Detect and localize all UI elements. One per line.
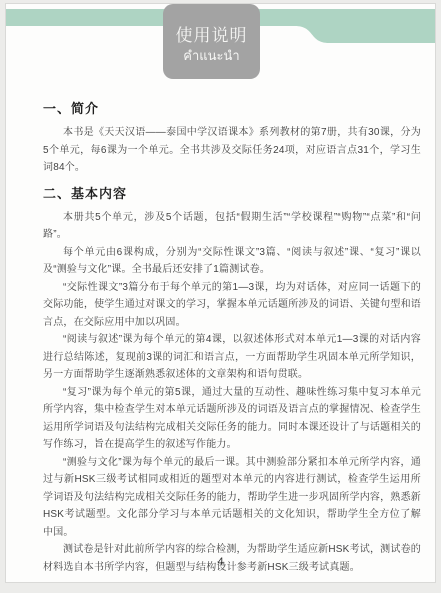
page-body-text: 一、简介 本书是《天天汉语——泰国中学汉语课本》系列教材的第7册，共有30课，分…	[6, 4, 436, 576]
screenshot-root: { "header": { "title_zh": "使用说明", "title…	[0, 0, 441, 593]
section-2-paragraph: “阅读与叙述”课为每个单元的第4课，以叙述体形式对本单元1—3课的对话内容进行总…	[43, 331, 421, 384]
section-1-paragraph: 本书是《天天汉语——泰国中学汉语课本》系列教材的第7册，共有30课，分为5个单元…	[43, 124, 421, 177]
section-2-paragraph: 每个单元由6课构成，分别为“交际性课文”3篇、“阅读与叙述”课、“复习”课以及“…	[43, 244, 421, 279]
section-1-heading: 一、简介	[43, 100, 421, 118]
section-2-paragraph: 本册共5个单元，涉及5个话题，包括“假期生活”“学校课程”“购物”“点菜”和“问…	[43, 209, 421, 244]
section-2-paragraph: “测验与文化”课为每个单元的最后一课。其中测验部分紧扣本单元所学内容，通过与新H…	[43, 454, 421, 542]
section-2-paragraph: “复习”课为每个单元的第5课，通过大量的互动性、趣味性练习集中复习本单元所学内容…	[43, 384, 421, 454]
book-page: 使用说明 คำแนะนำ 一、简介 本书是《天天汉语——泰国中学汉语课本》系列教…	[5, 3, 436, 583]
page-number: 4	[6, 556, 435, 568]
section-2-paragraph: “交际性课文”3篇分布于每个单元的第1—3课，均为对话体，对应同一话题下的交际功…	[43, 279, 421, 332]
section-2-heading: 二、基本内容	[43, 185, 421, 203]
